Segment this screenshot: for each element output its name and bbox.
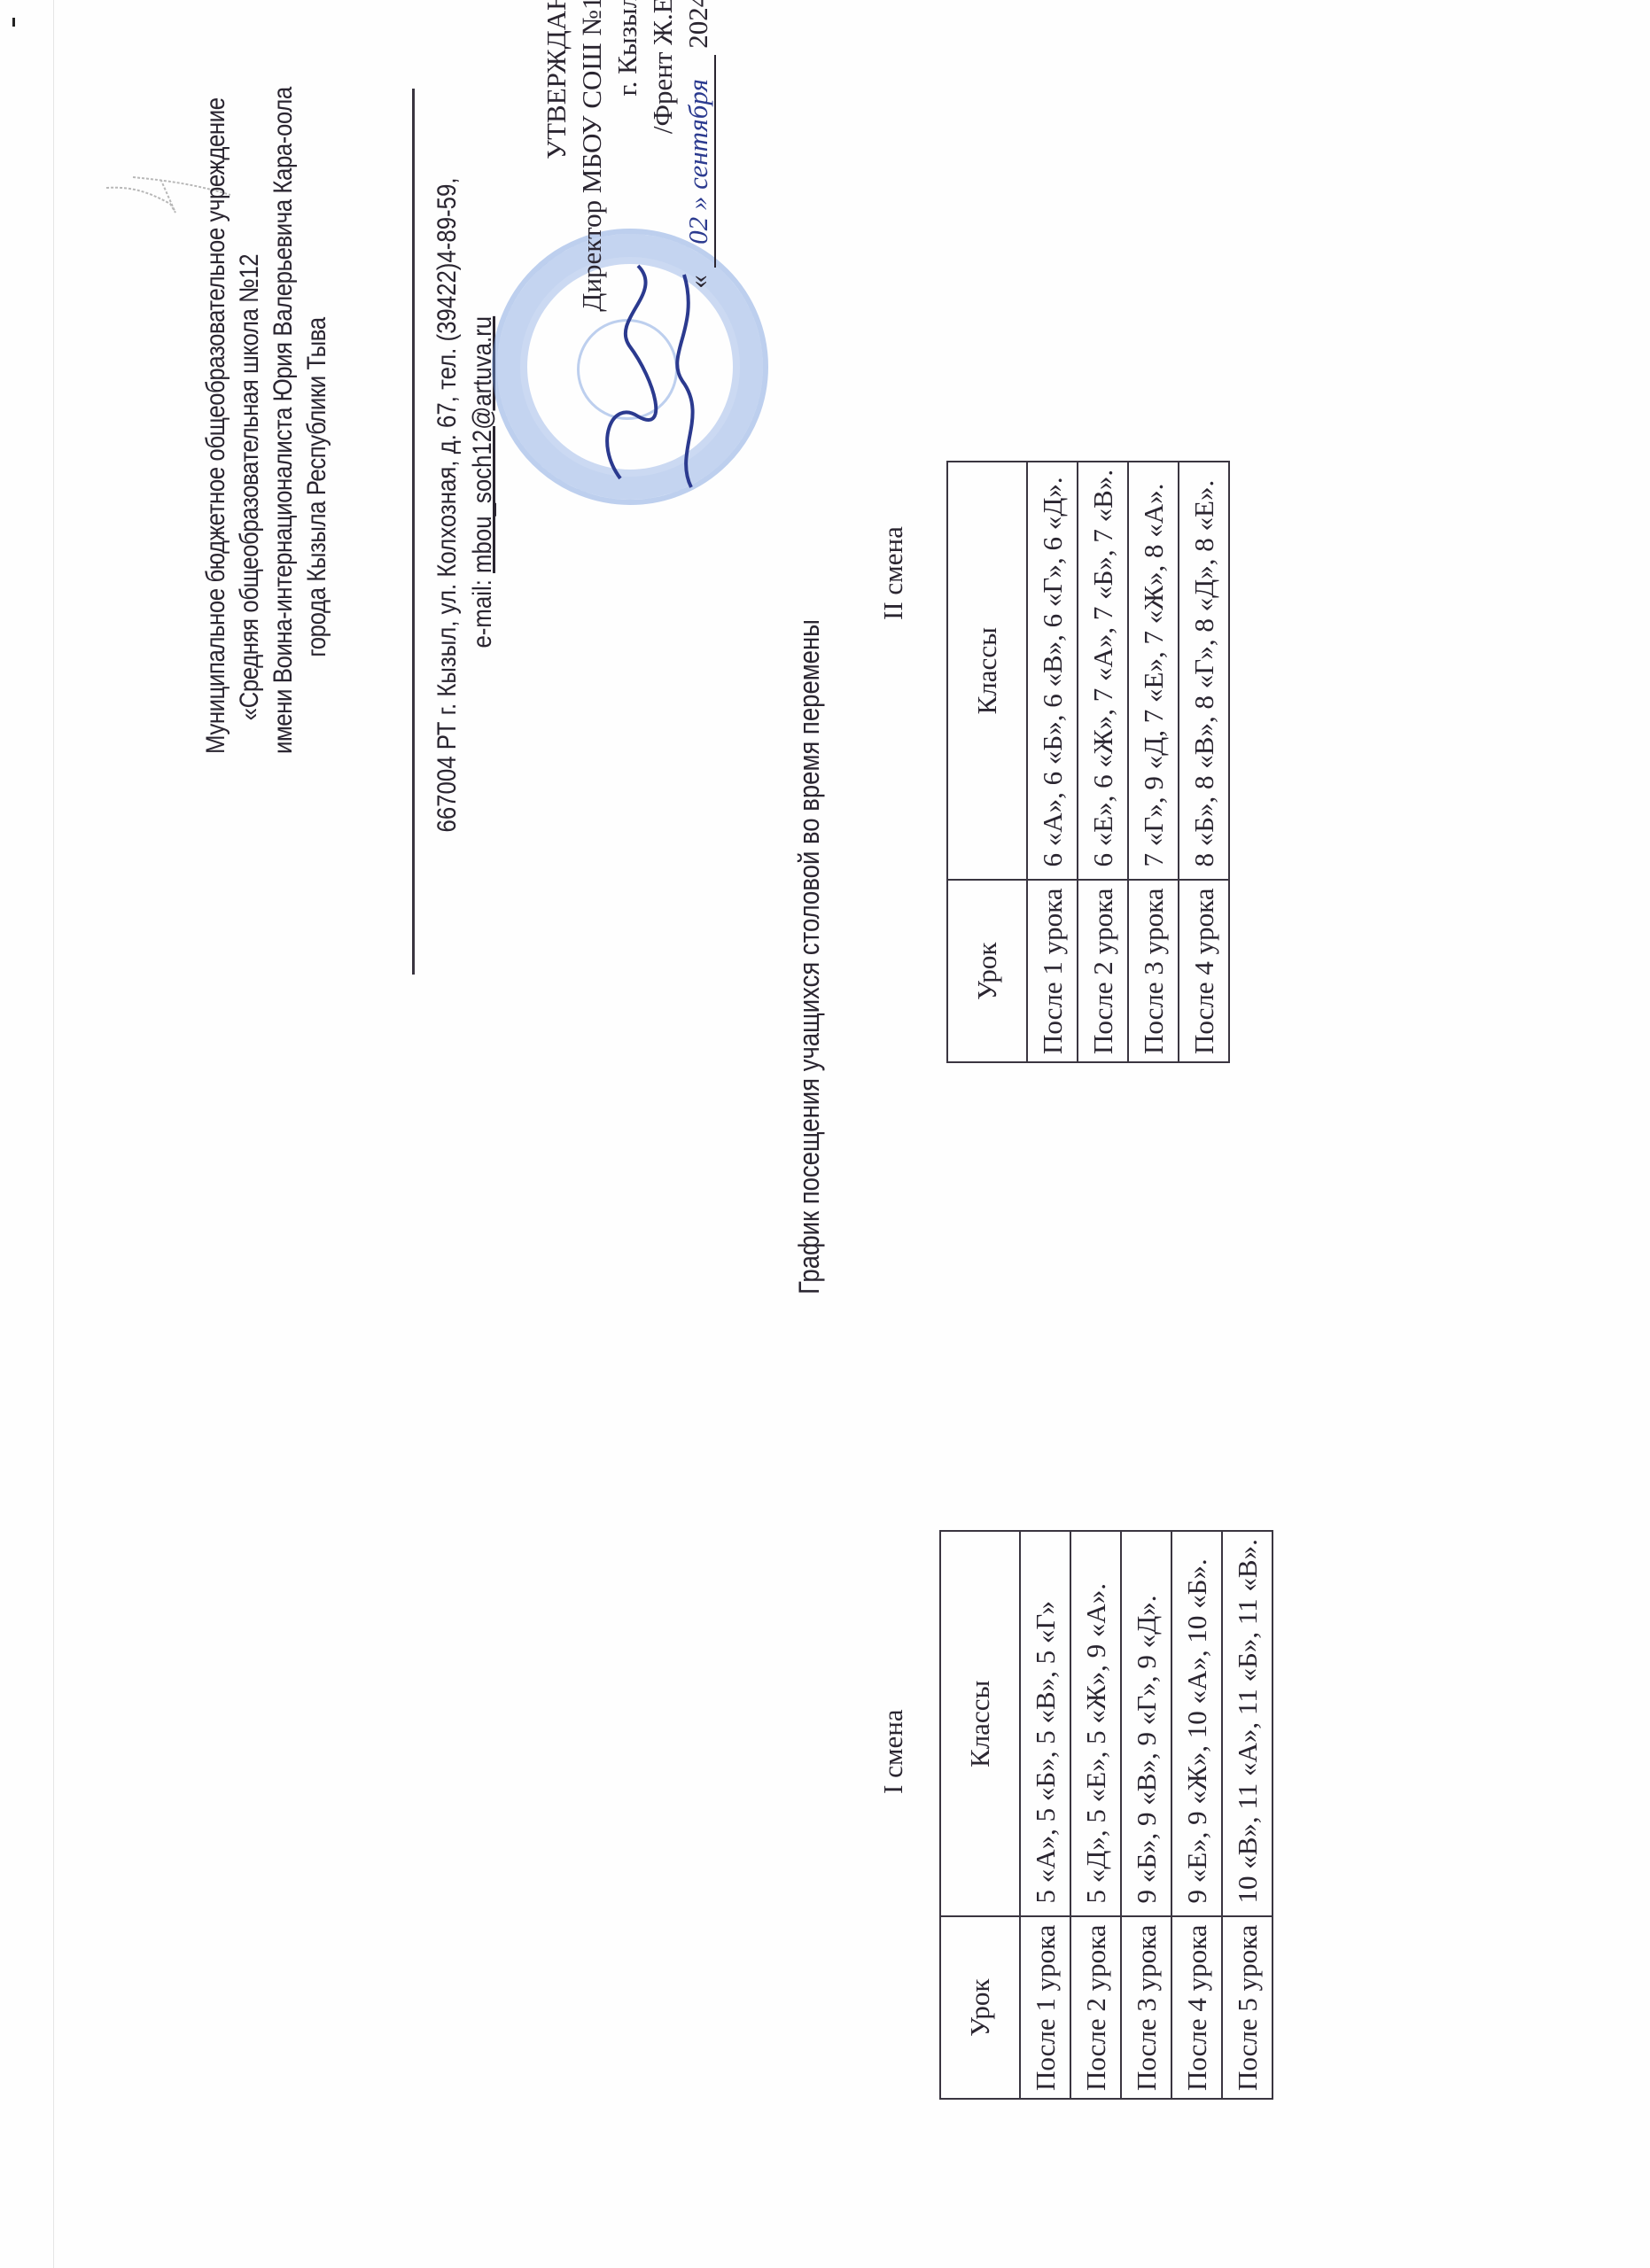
lesson-cell: После 5 урока bbox=[1222, 1917, 1273, 2100]
email-label: e-mail: bbox=[468, 573, 497, 649]
table-row: После 2 урока 5 «Д», 5 «Е», 5 «Ж», 9 «А»… bbox=[1070, 1531, 1121, 2099]
classes-cell: 5 «А», 5 «Б», 5 «В», 5 «Г» bbox=[1020, 1531, 1070, 1916]
classes-header: Классы bbox=[947, 462, 1027, 881]
table-row: После 4 урока 8 «Б», 8 «В», 8 «Г», 8 «Д»… bbox=[1179, 462, 1229, 1062]
lesson-header: Урок bbox=[940, 1917, 1020, 2100]
table-row: После 3 урока 9 «Б», 9 «В», 9 «Г», 9 «Д»… bbox=[1121, 1531, 1171, 2099]
approval-position: Директор МБОУ СОШ №12 bbox=[576, 0, 608, 312]
table-row: После 1 урока 6 «А», 6 «Б», 6 «В», 6 «Г»… bbox=[1027, 462, 1078, 1062]
approval-block: УТВЕРЖДАЮ Директор МБОУ СОШ №12 г. Кызыл… bbox=[541, 0, 727, 602]
date-open-quote: « bbox=[682, 275, 713, 289]
approval-city: г. Кызыла bbox=[611, 0, 643, 97]
handwritten-date: 02 » сентября bbox=[682, 55, 716, 268]
lesson-header: Урок bbox=[947, 881, 1027, 1063]
classes-cell: 7 «Г», 9 «Д, 7 «Е», 7 «Ж», 8 «А». bbox=[1128, 462, 1179, 881]
org-line-3: имени Воина-интернационалиста Юрия Валер… bbox=[267, 221, 300, 754]
shift2-label: II смена bbox=[877, 526, 909, 620]
table-row: После 3 урока 7 «Г», 9 «Д, 7 «Е», 7 «Ж»,… bbox=[1128, 462, 1179, 1062]
shift2-table: Урок Классы После 1 урока 6 «А», 6 «Б», … bbox=[946, 461, 1230, 1063]
table-header-row: Урок Классы bbox=[947, 462, 1027, 1062]
lesson-cell: После 3 урока bbox=[1121, 1917, 1171, 2100]
org-line-2: «Средняя общеобразовательная школа №12 bbox=[233, 221, 267, 754]
lesson-cell: После 1 урока bbox=[1027, 881, 1078, 1063]
classes-header: Классы bbox=[940, 1531, 1020, 1916]
lesson-cell: После 2 урока bbox=[1070, 1917, 1121, 2100]
lesson-cell: После 3 урока bbox=[1128, 881, 1179, 1063]
approval-signer: /Френт Ж.Е./ bbox=[647, 0, 679, 134]
lesson-cell: После 2 урока bbox=[1078, 881, 1128, 1063]
table-row: После 5 урока 10 «В», 11 «А», 11 «Б», 11… bbox=[1222, 1531, 1273, 2099]
shift1-table: Урок Классы После 1 урока 5 «А», 5 «Б», … bbox=[939, 1530, 1273, 2100]
classes-cell: 10 «В», 11 «А», 11 «Б», 11 «В». bbox=[1222, 1531, 1273, 1916]
scan-edge-mark bbox=[12, 18, 15, 27]
header-divider bbox=[412, 89, 415, 975]
approval-title: УТВЕРЖДАЮ bbox=[541, 0, 572, 159]
date-year: 2024г bbox=[682, 0, 713, 49]
classes-cell: 6 «Е», 6 «Ж», 7 «А», 7 «Б», 7 «В». bbox=[1078, 462, 1128, 881]
table-header-row: Урок Классы bbox=[940, 1531, 1020, 2099]
document-title: График посещения учащихся столовой во вр… bbox=[793, 423, 826, 1490]
lesson-cell: После 1 урока bbox=[1020, 1917, 1070, 2100]
lesson-cell: После 4 урока bbox=[1171, 1917, 1222, 2100]
scan-edge-line bbox=[53, 0, 54, 2268]
classes-cell: 9 «Б», 9 «В», 9 «Г», 9 «Д». bbox=[1121, 1531, 1171, 1916]
lesson-cell: После 4 урока bbox=[1179, 881, 1229, 1063]
table-row: После 1 урока 5 «А», 5 «Б», 5 «В», 5 «Г» bbox=[1020, 1531, 1070, 2099]
address-block: 667004 РТ г. Кызыл, ул. Колхозная, д. 67… bbox=[430, 124, 501, 886]
approval-date: « 02 » сентября 2024г bbox=[682, 0, 716, 289]
org-line-1: Муниципальное бюджетное общеобразователь… bbox=[199, 221, 233, 754]
scanned-page: Муниципальное бюджетное общеобразователь… bbox=[0, 0, 1650, 2268]
classes-cell: 5 «Д», 5 «Е», 5 «Ж», 9 «А». bbox=[1070, 1531, 1121, 1916]
shift1-label: I смена bbox=[877, 1709, 909, 1794]
organization-header: Муниципальное бюджетное общеобразователь… bbox=[199, 221, 334, 754]
org-line-4: города Кызыла Республики Тыва bbox=[300, 221, 334, 754]
classes-cell: 9 «Е», 9 «Ж», 10 «А», 10 «Б». bbox=[1171, 1531, 1222, 1916]
address-line: 667004 РТ г. Кызыл, ул. Колхозная, д. 67… bbox=[430, 124, 465, 886]
table-row: После 2 урока 6 «Е», 6 «Ж», 7 «А», 7 «Б»… bbox=[1078, 462, 1128, 1062]
classes-cell: 8 «Б», 8 «В», 8 «Г», 8 «Д», 8 «Е». bbox=[1179, 462, 1229, 881]
table-row: После 4 урока 9 «Е», 9 «Ж», 10 «А», 10 «… bbox=[1171, 1531, 1222, 2099]
classes-cell: 6 «А», 6 «Б», 6 «В», 6 «Г», 6 «Д». bbox=[1027, 462, 1078, 881]
